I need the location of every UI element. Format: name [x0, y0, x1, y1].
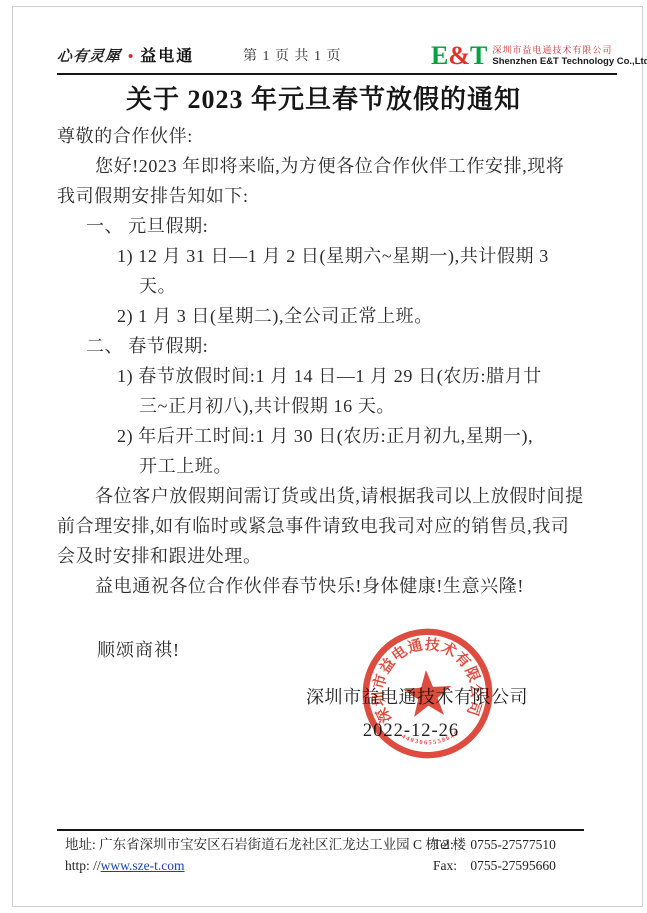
brand-logo: 心有灵犀 • 益电通 — [57, 43, 194, 66]
body-line-continuation: 天。 — [139, 271, 597, 301]
body-line-item: 2) 1 月 3 日(星期二),全公司正常上班。 — [117, 301, 597, 331]
fax-label: Fax: — [433, 855, 467, 876]
body-line-item: 1) 12 月 31 日—1 月 2 日(星期六~星期一),共计假期 3 — [117, 241, 597, 271]
company-name-cn: 深圳市益电通技术有限公司 — [492, 46, 647, 55]
body-line-continuation: 开工上班。 — [139, 451, 597, 481]
body-line-section: 二、 春节假期: — [86, 331, 597, 361]
logo-ampersand: & — [448, 41, 470, 70]
tel-label: Tel: — [433, 834, 467, 855]
body-line: 尊敬的合作伙伴: — [57, 121, 597, 151]
body-line: 会及时安排和跟进处理。 — [57, 541, 597, 571]
brand-name: 益电通 — [140, 48, 194, 65]
footer-fax-line: Fax: 0755-27595660 — [433, 855, 556, 876]
body-line-continuation: 三~正月初八),共计假期 16 天。 — [139, 391, 597, 421]
brand-slogan: 心有灵犀 — [56, 45, 122, 66]
body-line: 您好!2023 年即将来临,为方便各位合作伙伴工作安排,现将 — [95, 151, 597, 181]
body-line: 各位客户放假期间需订货或出货,请根据我司以上放假时间提 — [95, 481, 597, 511]
footer-tel-line: Tel: 0755-27577510 — [433, 834, 556, 855]
company-names: 深圳市益电通技术有限公司 Shenzhen E&T Technology Co.… — [492, 46, 647, 67]
footer-divider — [57, 829, 584, 831]
closing-salutation: 顺颂商祺! — [97, 636, 180, 662]
body-line: 我司假期安排告知如下: — [57, 181, 597, 211]
brand-dot-icon: • — [128, 49, 133, 65]
body-line: 益电通祝各位合作伙伴春节快乐!身体健康!生意兴隆! — [95, 571, 597, 601]
document-page: 心有灵犀 • 益电通 第 1 页 共 1 页 E&T 深圳市益电通技术有限公司 … — [0, 0, 647, 913]
logo-letter-e: E — [431, 41, 448, 70]
address-label: 地址: — [65, 837, 96, 852]
footer-website-line: http: //www.sze-t.com — [65, 855, 466, 876]
footer-left-column: 地址: 广东省深圳市宝安区石岩街道石龙社区汇龙达工业园 C 栋 2 楼 http… — [65, 834, 466, 876]
stamp-serial-text: 4403065558640 — [400, 729, 461, 748]
company-name-en: Shenzhen E&T Technology Co.,Ltd — [492, 57, 647, 67]
address-value: 广东省深圳市宝安区石岩街道石龙社区汇龙达工业园 C 栋 2 楼 — [99, 837, 466, 852]
footer-right-column: Tel: 0755-27577510 Fax: 0755-27595660 — [433, 834, 556, 876]
body-line: 前合理安排,如有临时或紧急事件请致电我司对应的销售员,我司 — [57, 511, 597, 541]
company-logo-group: E&T 深圳市益电通技术有限公司 Shenzhen E&T Technology… — [431, 43, 647, 69]
fax-value: 0755-27595660 — [470, 858, 556, 873]
document-title: 关于 2023 年元旦春节放假的通知 — [0, 79, 647, 116]
letterhead: 心有灵犀 • 益电通 第 1 页 共 1 页 E&T 深圳市益电通技术有限公司 … — [57, 38, 617, 75]
document-body: 尊敬的合作伙伴: 您好!2023 年即将来临,为方便各位合作伙伴工作安排,现将 … — [57, 121, 597, 601]
footer-address-line: 地址: 广东省深圳市宝安区石岩街道石龙社区汇龙达工业园 C 栋 2 楼 — [65, 834, 466, 855]
company-stamp-icon: 深圳市益电通技术有限公司 4403065558640 — [354, 620, 500, 766]
stamp-star-icon — [402, 668, 453, 717]
svg-text:4403065558640: 4403065558640 — [400, 729, 461, 748]
body-line-section: 一、 元旦假期: — [86, 211, 597, 241]
et-logo-icon: E&T — [431, 43, 487, 69]
logo-letter-t: T — [470, 41, 487, 70]
page-indicator: 第 1 页 共 1 页 — [243, 45, 342, 65]
website-link[interactable]: www.sze-t.com — [101, 858, 185, 873]
url-prefix: http: // — [65, 858, 101, 873]
tel-value: 0755-27577510 — [470, 837, 556, 852]
body-line-item: 2) 年后开工时间:1 月 30 日(农历:正月初九,星期一), — [117, 421, 597, 451]
body-line-item: 1) 春节放假时间:1 月 14 日—1 月 29 日(农历:腊月廿 — [117, 361, 597, 391]
